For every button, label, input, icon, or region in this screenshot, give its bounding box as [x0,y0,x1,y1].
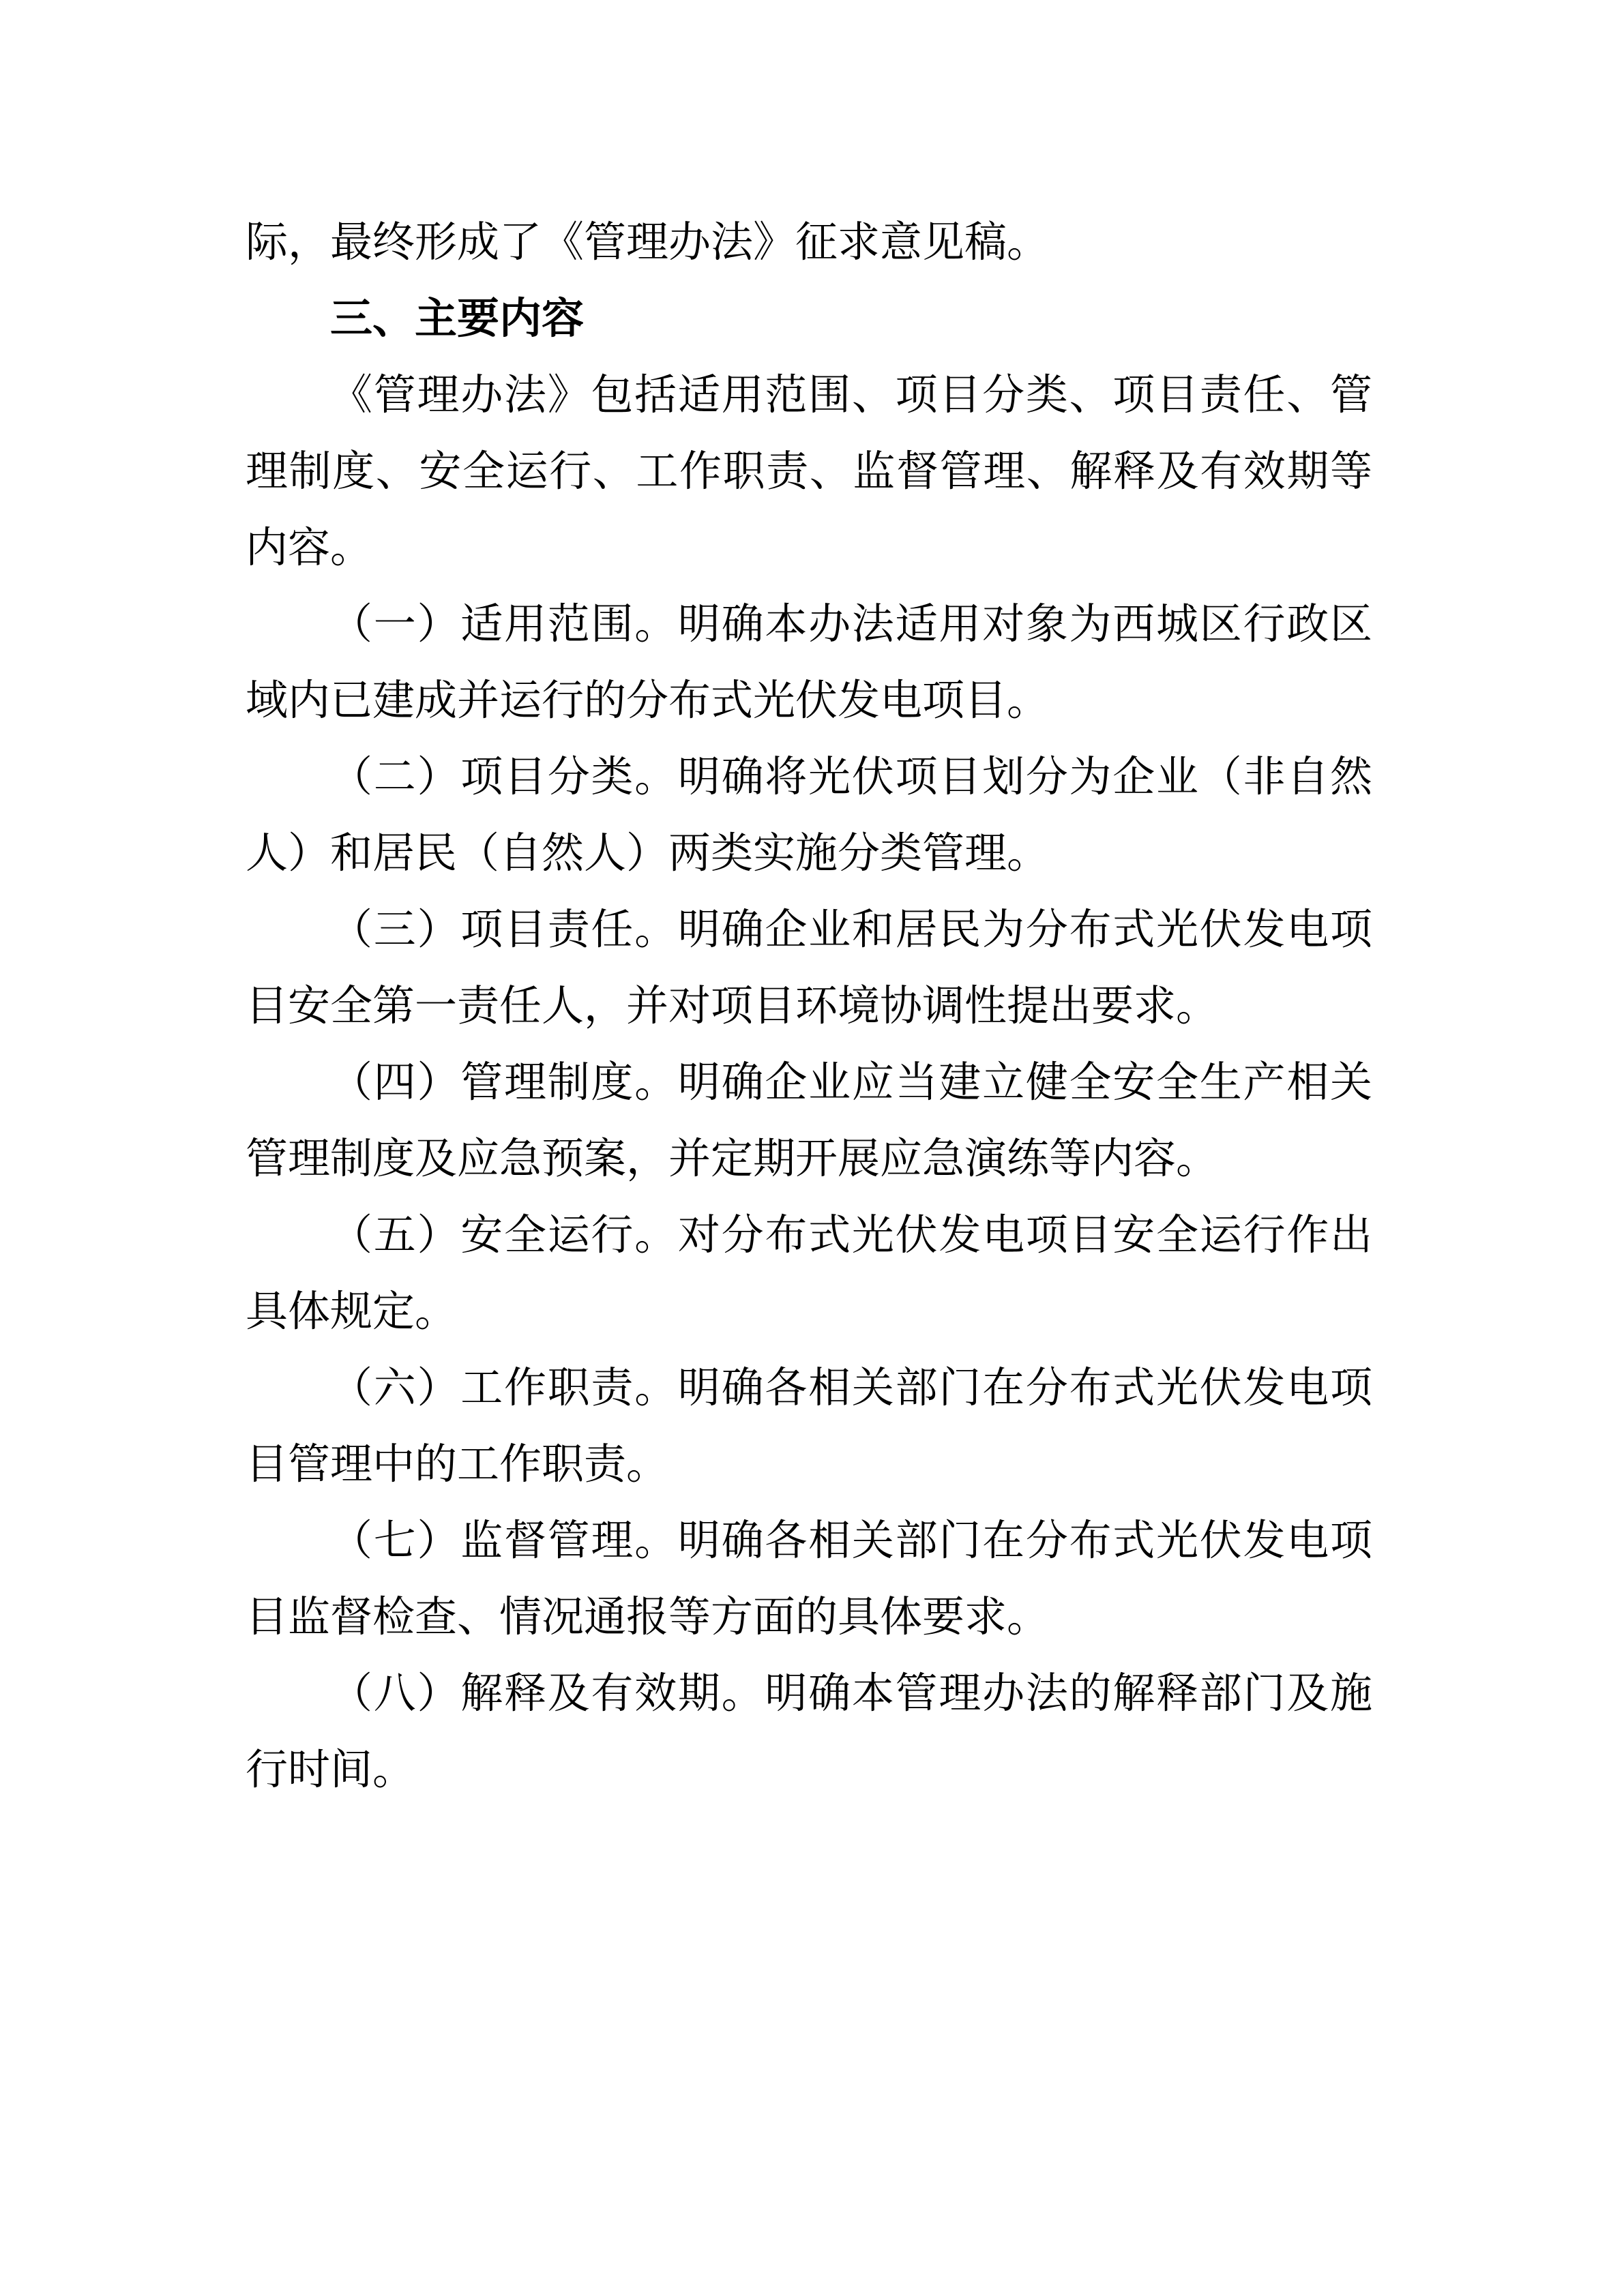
paragraph-overview: 《管理办法》包括适用范围、项目分类、项目责任、管理制度、安全运行、工作职责、监督… [246,357,1372,586]
paragraph-continuation: 际，最终形成了《管理办法》征求意见稿。 [246,205,1372,281]
paragraph-item-2-classification: （二）项目分类。明确将光伏项目划分为企业（非自然人）和居民（自然人）两类实施分类… [246,739,1372,892]
paragraph-item-4-management-system: （四）管理制度。明确企业应当建立健全安全生产相关管理制度及应急预案，并定期开展应… [246,1045,1372,1197]
paragraph-item-6-work-duties: （六）工作职责。明确各相关部门在分布式光伏发电项目管理中的工作职责。 [246,1350,1372,1503]
paragraph-item-5-safe-operation: （五）安全运行。对分布式光伏发电项目安全运行作出具体规定。 [246,1197,1372,1350]
paragraph-item-1-scope: （一）适用范围。明确本办法适用对象为西城区行政区域内已建成并运行的分布式光伏发电… [246,586,1372,739]
section-heading: 三、主要内容 [246,281,1372,357]
document-page: 际，最终形成了《管理办法》征求意见稿。 三、主要内容 《管理办法》包括适用范围、… [0,0,1624,2296]
paragraph-item-8-interpretation: （八）解释及有效期。明确本管理办法的解释部门及施行时间。 [246,1656,1372,1808]
paragraph-item-3-responsibility: （三）项目责任。明确企业和居民为分布式光伏发电项目安全第一责任人，并对项目环境协… [246,892,1372,1045]
paragraph-item-7-supervision: （七）监督管理。明确各相关部门在分布式光伏发电项目监督检查、情况通报等方面的具体… [246,1503,1372,1656]
